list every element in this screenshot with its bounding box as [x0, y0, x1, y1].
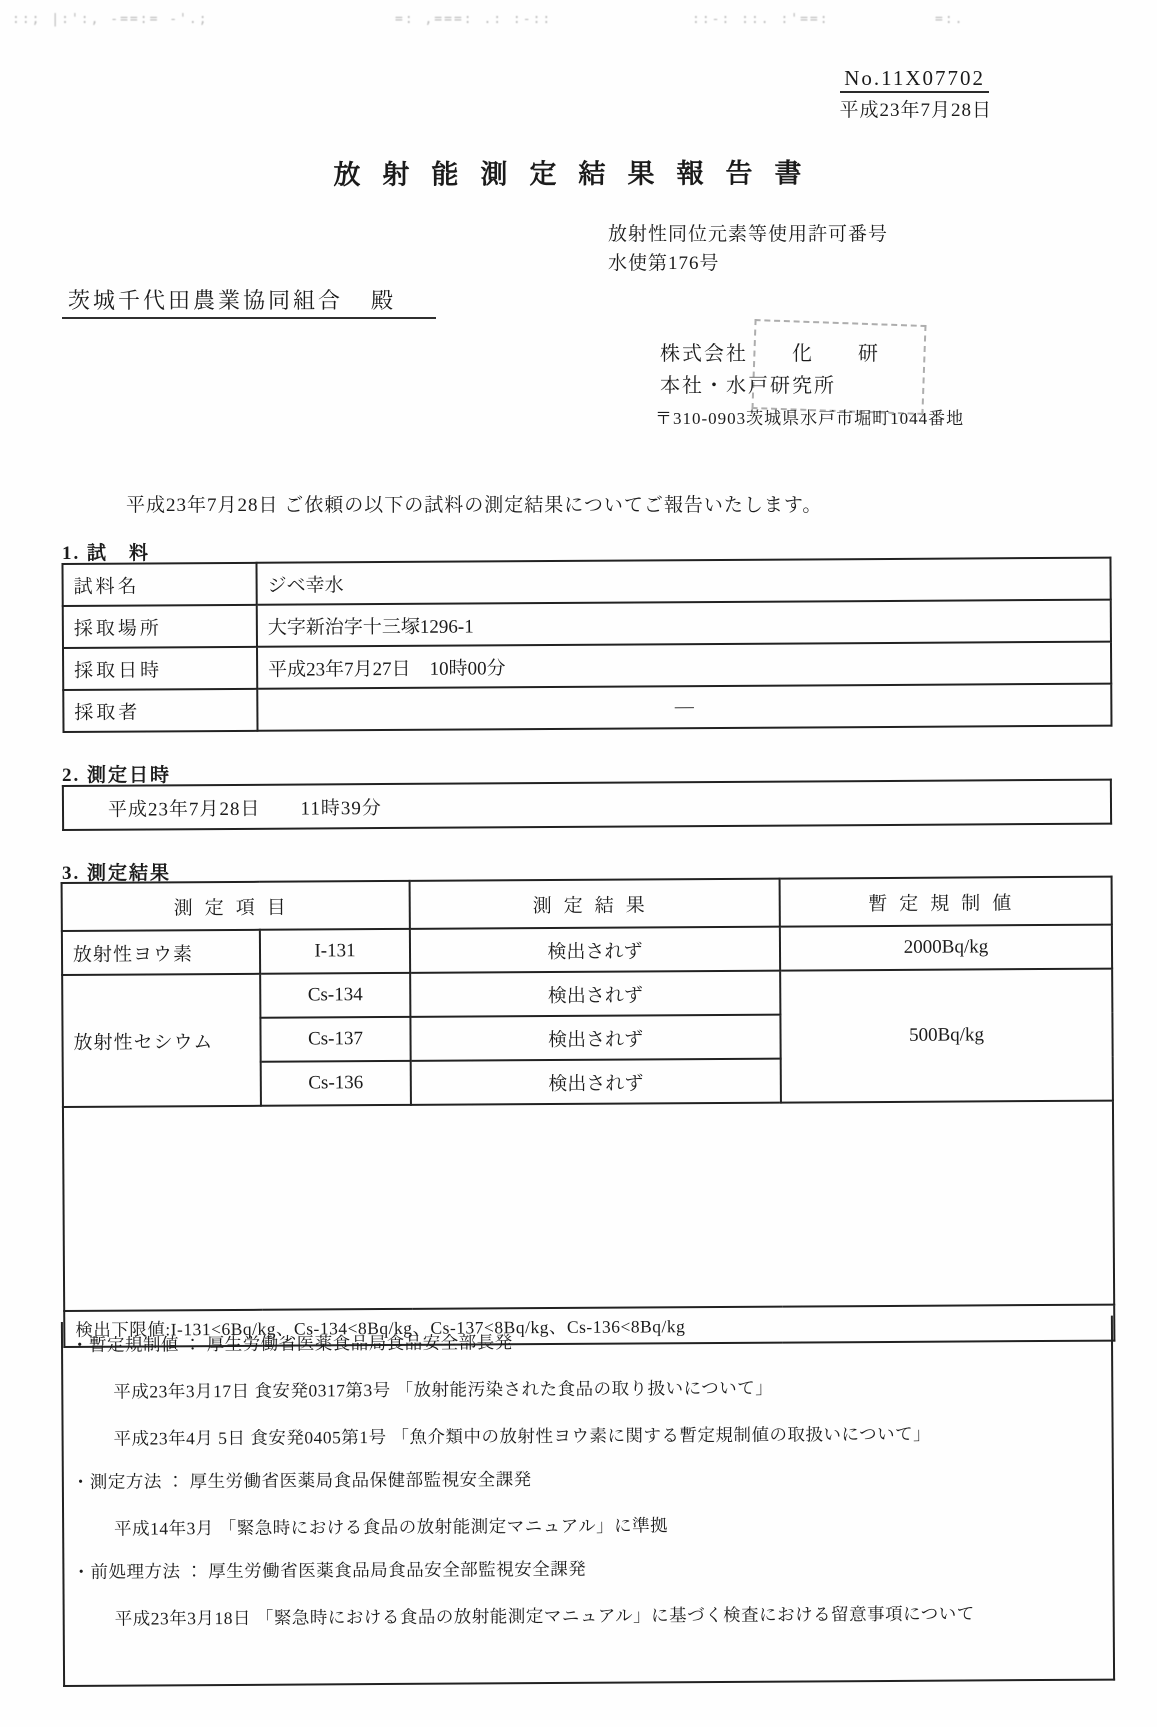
sample-table: 試料名 ジベ幸水 採取場所 大字新治字十三塚1296-1 採取日時 平成23年7… — [61, 557, 1112, 733]
fax-header-illegible-far: =:. — [935, 12, 964, 27]
section2-heading: 2. 測定日時 — [62, 760, 171, 787]
note-manual-h14: 平成14年3月 「緊急時における食品の放射能測定マニュアル」に準拠 — [72, 1510, 1102, 1543]
result-cs137: 検出されず — [410, 1015, 780, 1061]
license-label: 放射性同位元素等使用許可番号 — [608, 220, 888, 249]
company-name: 株式会社 化 研 — [660, 338, 880, 370]
scanned-report-page: ::; |:':, -==:= -'.; =: ,===: .: :-:: ::… — [0, 0, 1157, 1727]
addressee-line: 茨城千代田農業協同組合殿 — [62, 284, 436, 315]
table-row: 採取日時 平成23年7月27日 10時00分 — [63, 642, 1111, 690]
sample-name-value: ジベ幸水 — [256, 558, 1110, 605]
table-row: 試料名 ジベ幸水 — [62, 558, 1110, 606]
limit-iodine: 2000Bq/kg — [780, 925, 1112, 971]
addressee: 茨城千代田農業協同組合殿 — [62, 288, 436, 319]
limit-cesium: 500Bq/kg — [780, 969, 1113, 1103]
sampling-place-label: 採取場所 — [63, 605, 257, 648]
document-number: No.11X07702 — [840, 66, 989, 91]
nuclide-cs136: Cs-136 — [261, 1061, 411, 1106]
footnotes-box: ・暫定規制値 ： 厚生労働省医薬食品局食品安全部長発 平成23年3月17日 食安… — [61, 1316, 1115, 1687]
sampling-place-value: 大字新治字十三塚1296-1 — [257, 600, 1111, 647]
header-result: 測定結果 — [410, 879, 780, 929]
sampling-datetime-value: 平成23年7月27日 10時00分 — [257, 642, 1111, 689]
note-manual-h23: 平成23年3月18日 「緊急時における食品の放射能測定マニュアル」に基づく検査に… — [73, 1600, 1103, 1633]
table-row: 採取者 ― — [63, 684, 1111, 732]
result-cs136: 検出されず — [411, 1059, 781, 1105]
document-number-text: No.11X07702 — [840, 66, 989, 93]
sampling-datetime-label: 採取日時 — [63, 647, 257, 690]
empty-area — [63, 1101, 1114, 1311]
nuclide-i131: I-131 — [260, 929, 410, 974]
cesium-group-label: 放射性セシウム — [62, 974, 261, 1107]
addressee-honorific: 殿 — [371, 288, 396, 313]
note-pretreatment-method: ・前処理方法 ： 厚生労働省医薬食品局食品安全部監視安全課発 — [72, 1553, 1102, 1586]
table-row: 平成23年7月28日 11時39分 — [63, 780, 1111, 830]
header-limit: 暫定規制値 — [780, 877, 1112, 927]
fax-header-illegible-mid: =: ,===: .: :-:: — [395, 12, 552, 27]
nuclide-cs134: Cs-134 — [260, 973, 410, 1018]
document-date: 平成23年7月28日 — [839, 95, 992, 122]
company-address: 〒310-0903茨城県水戸市堀町1044番地 — [655, 404, 964, 429]
results-table: 測定項目 測定結果 暫定規制値 放射性ヨウ素 I-131 検出されず 2000B… — [61, 876, 1116, 1348]
sampler-label: 採取者 — [63, 689, 257, 732]
result-i131: 検出されず — [410, 927, 780, 973]
table-row: 放射性ヨウ素 I-131 検出されず 2000Bq/kg — [62, 925, 1112, 975]
table-row: 採取場所 大字新治字十三塚1296-1 — [63, 600, 1111, 648]
license-number: 水使第176号 — [608, 249, 888, 278]
section1-heading: 1. 試 料 — [62, 538, 150, 565]
measurement-datetime-table: 平成23年7月28日 11時39分 — [62, 779, 1112, 831]
results-empty-area — [63, 1101, 1114, 1311]
sample-name-label: 試料名 — [62, 563, 256, 606]
note-provisional-limit: ・暫定規制値 ： 厚生労働省医薬食品局食品安全部長発 — [71, 1326, 1101, 1359]
nuclide-cs137: Cs-137 — [260, 1017, 410, 1062]
fax-header-illegible-left: ::; |:':, -==:= -'.; — [12, 12, 209, 27]
measurement-datetime-value: 平成23年7月28日 11時39分 — [63, 780, 1111, 830]
header-item: 測定項目 — [62, 881, 410, 931]
addressee-name: 茨城千代田農業協同組合 — [68, 288, 343, 313]
result-cs134: 検出されず — [410, 971, 780, 1017]
company-block: 株式会社 化 研 本社・水戸研究所 — [660, 338, 880, 402]
table-row: 放射性セシウム Cs-134 検出されず 500Bq/kg — [62, 969, 1112, 1019]
sampler-value: ― — [257, 684, 1111, 731]
page-title: 放射能測定結果報告書 — [0, 150, 1157, 193]
note-measurement-method: ・測定方法 ： 厚生労働省医薬局食品保健部監視安全課発 — [72, 1463, 1102, 1496]
note-notice-0317: 平成23年3月17日 食安発0317第3号 「放射能汚染された食品の取り扱いにつ… — [71, 1373, 1101, 1406]
company-office: 本社・水戸研究所 — [660, 370, 880, 402]
note-notice-0405: 平成23年4月 5日 食安発0405第1号 「魚介類中の放射性ヨウ素に関する暫定… — [72, 1420, 1102, 1453]
iodine-group-label: 放射性ヨウ素 — [62, 930, 260, 975]
report-body-line: 平成23年7月28日 ご依頼の以下の試料の測定結果についてご報告いたします。 — [126, 490, 822, 517]
license-block: 放射性同位元素等使用許可番号 水使第176号 — [608, 220, 888, 278]
results-header-row: 測定項目 測定結果 暫定規制値 — [62, 877, 1112, 931]
fax-header-illegible-right: ::-: ::. :'==: — [692, 12, 830, 27]
